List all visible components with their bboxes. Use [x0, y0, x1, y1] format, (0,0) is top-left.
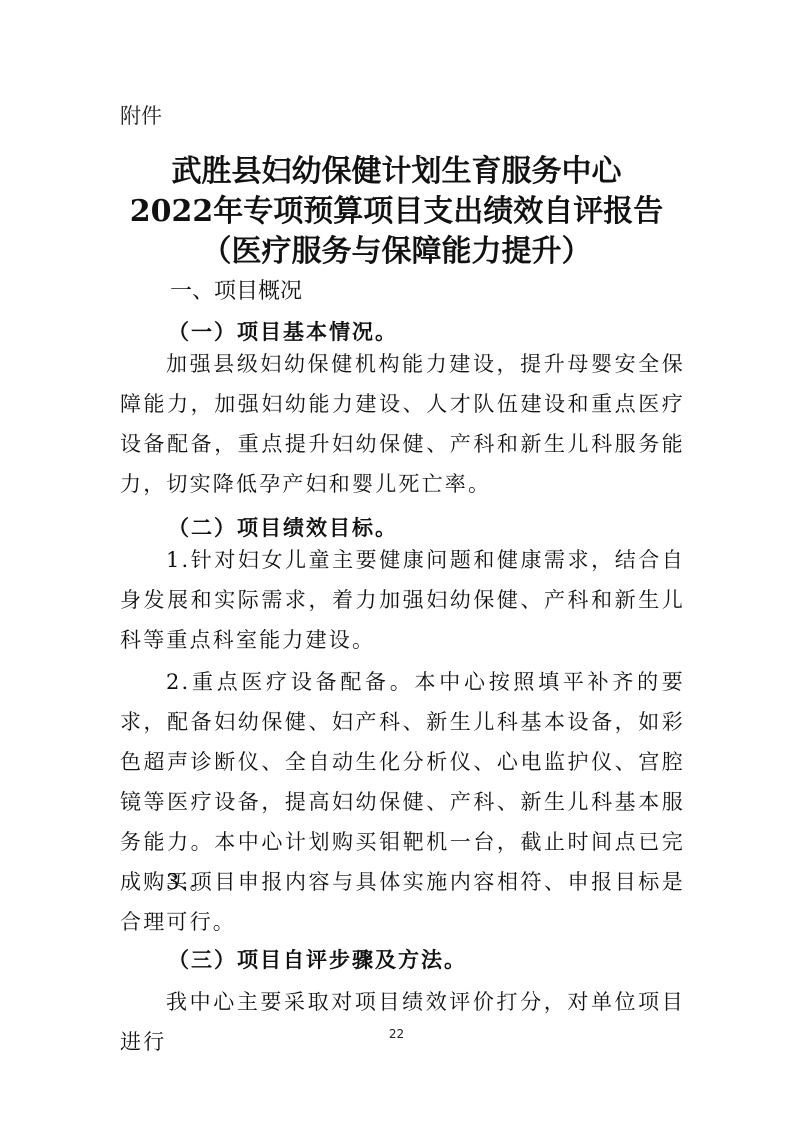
page-number: 22	[0, 1027, 793, 1041]
subsection-heading-basic-info: （一）项目基本情况。	[168, 316, 398, 346]
paragraph-goal-1: 1.针对妇女儿童主要健康问题和健康需求，结合自身发展和实际需求，着力加强妇幼保健…	[120, 540, 685, 660]
section-heading-overview: 一、项目概况	[170, 274, 302, 305]
title-line-2: 2022年专项预算项目支出绩效自评报告	[0, 186, 793, 230]
document-page: 附件 武胜县妇幼保健计划生育服务中心 2022年专项预算项目支出绩效自评报告 （…	[0, 0, 793, 1122]
title-line-3: （医疗服务与保障能力提升）	[0, 226, 793, 270]
paragraph-evaluation-method: 我中心主要采取对项目绩效评价打分，对单位项目进行	[120, 982, 685, 1062]
attachment-label: 附件	[120, 100, 162, 130]
subsection-heading-evaluation-method: （三）项目自评步骤及方法。	[168, 944, 467, 974]
subsection-heading-performance-goals: （二）项目绩效目标。	[168, 512, 398, 542]
paragraph-goal-3: 3.项目申报内容与具体实施内容相符、申报目标是合理可行。	[120, 862, 685, 942]
title-line-1: 武胜县妇幼保健计划生育服务中心	[0, 146, 793, 190]
paragraph-basic-info: 加强县级妇幼保健机构能力建设，提升母婴安全保障能力，加强妇幼能力建设、人才队伍建…	[120, 344, 685, 504]
